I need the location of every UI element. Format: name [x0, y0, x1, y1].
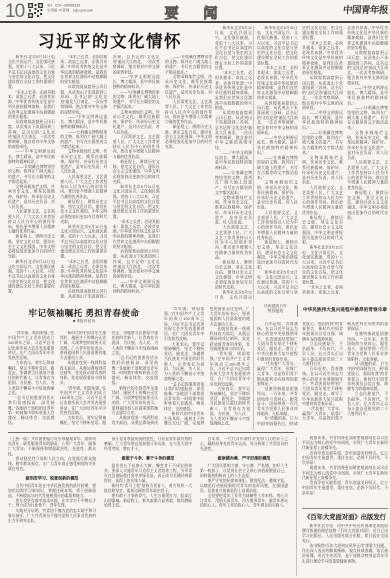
kicker-divider — [297, 305, 298, 317]
header-rule — [0, 21, 390, 23]
column-divider — [296, 437, 297, 576]
article-b-headline: 牢记领袖嘱托 勇担青春使命 — [8, 307, 160, 319]
article-d-col3: 百年来，一代代青年满怀对党和人民的赤子之心，踊跃投身党的青年运动，充分展现了共青… — [200, 437, 288, 577]
qr-code-icon — [28, 3, 43, 18]
article-e-body: 新华社北京电 由中共中央宣传部理论局组织撰写的通俗理论读物《百年大党面对面》，近… — [302, 524, 388, 578]
article-c-kicker-line2: 特别报道 — [257, 309, 294, 314]
article-b-byline: ■ 本报评论员 — [8, 319, 160, 324]
date-line: 2022年5月12日 星期四 — [320, 7, 337, 12]
article-a-body-right: 新华社北京5月11日电 文化兴国运兴，文化强民族强。党的十八大以来，习近平总书记… — [257, 26, 388, 300]
header-info-line2: 中青报·中青网 zqb.cyol.com — [47, 9, 147, 14]
article-a-body-narrow: 新华社北京5月11日电 文化兴国运兴，文化强民族强。党的十八大以来，习近平总书记… — [215, 26, 252, 300]
article-c-headline: 中华民族伟大复兴进程中激昂的青春乐章 — [301, 306, 389, 313]
article-a-body-left: 新华社北京5月11日电 文化兴国运兴，文化强民族强。党的十八大以来，习近平总书记… — [8, 55, 212, 300]
article-b-byline-wrap: ■ 本报评论员 — [8, 319, 160, 328]
column-divider — [253, 306, 254, 430]
date-line-wrap: 2022年5月12日 星期四 — [225, 7, 337, 17]
section-rule — [8, 432, 294, 433]
article-c-body: 百年征程，青春激扬。在以习近平同志为核心的党中央坚强领导下，共青团团结带领广大团… — [257, 322, 388, 430]
article-b-body-right: “青年强，则国家强。”在中国共产主义青年团成立100周年之际，习近平总书记出席庆… — [164, 307, 250, 430]
article-d-col2: 奋斗是青春最亮丽的底色，行动是青年最有效的磨砺。广大青年要自觉加强斗争历练，在大… — [104, 437, 192, 577]
article-b-body: “青年强，则国家强。”在中国共产主义青年团成立100周年之际，习近平总书记出席庆… — [8, 331, 158, 430]
article-e-headline: 《百年大党面对面》出版发行 — [302, 512, 388, 521]
newspaper-logo: 中国青年报 — [343, 2, 390, 16]
brief-rule — [302, 508, 388, 509]
column-divider — [253, 26, 254, 300]
article-c-headline-wrap: 中华民族伟大复兴进程中激昂的青春乐章 — [301, 306, 389, 319]
article-a-headline: 习近平的文化情怀 — [8, 28, 212, 52]
article-c-kicker: 庆祝建团百年 特别报道 — [257, 304, 294, 318]
page-number: 10 — [5, 1, 24, 23]
article-d-col1: （上接一版）共青团要履行好引领凝聚青年、组织动员青年、联系服务青年的职责，心系广… — [8, 437, 96, 577]
article-c-continuation: 展望未来，共青团将更加紧密地团结在以习近平同志为核心的党中央周围，引领广大青年在… — [302, 436, 388, 505]
header-info: Tel：010－64098333 中青报·中青网 zqb.cyol.com — [47, 4, 147, 20]
newspaper-page: 10 Tel：010－64098333 中青报·中青网 zqb.cyol.com… — [0, 0, 390, 578]
